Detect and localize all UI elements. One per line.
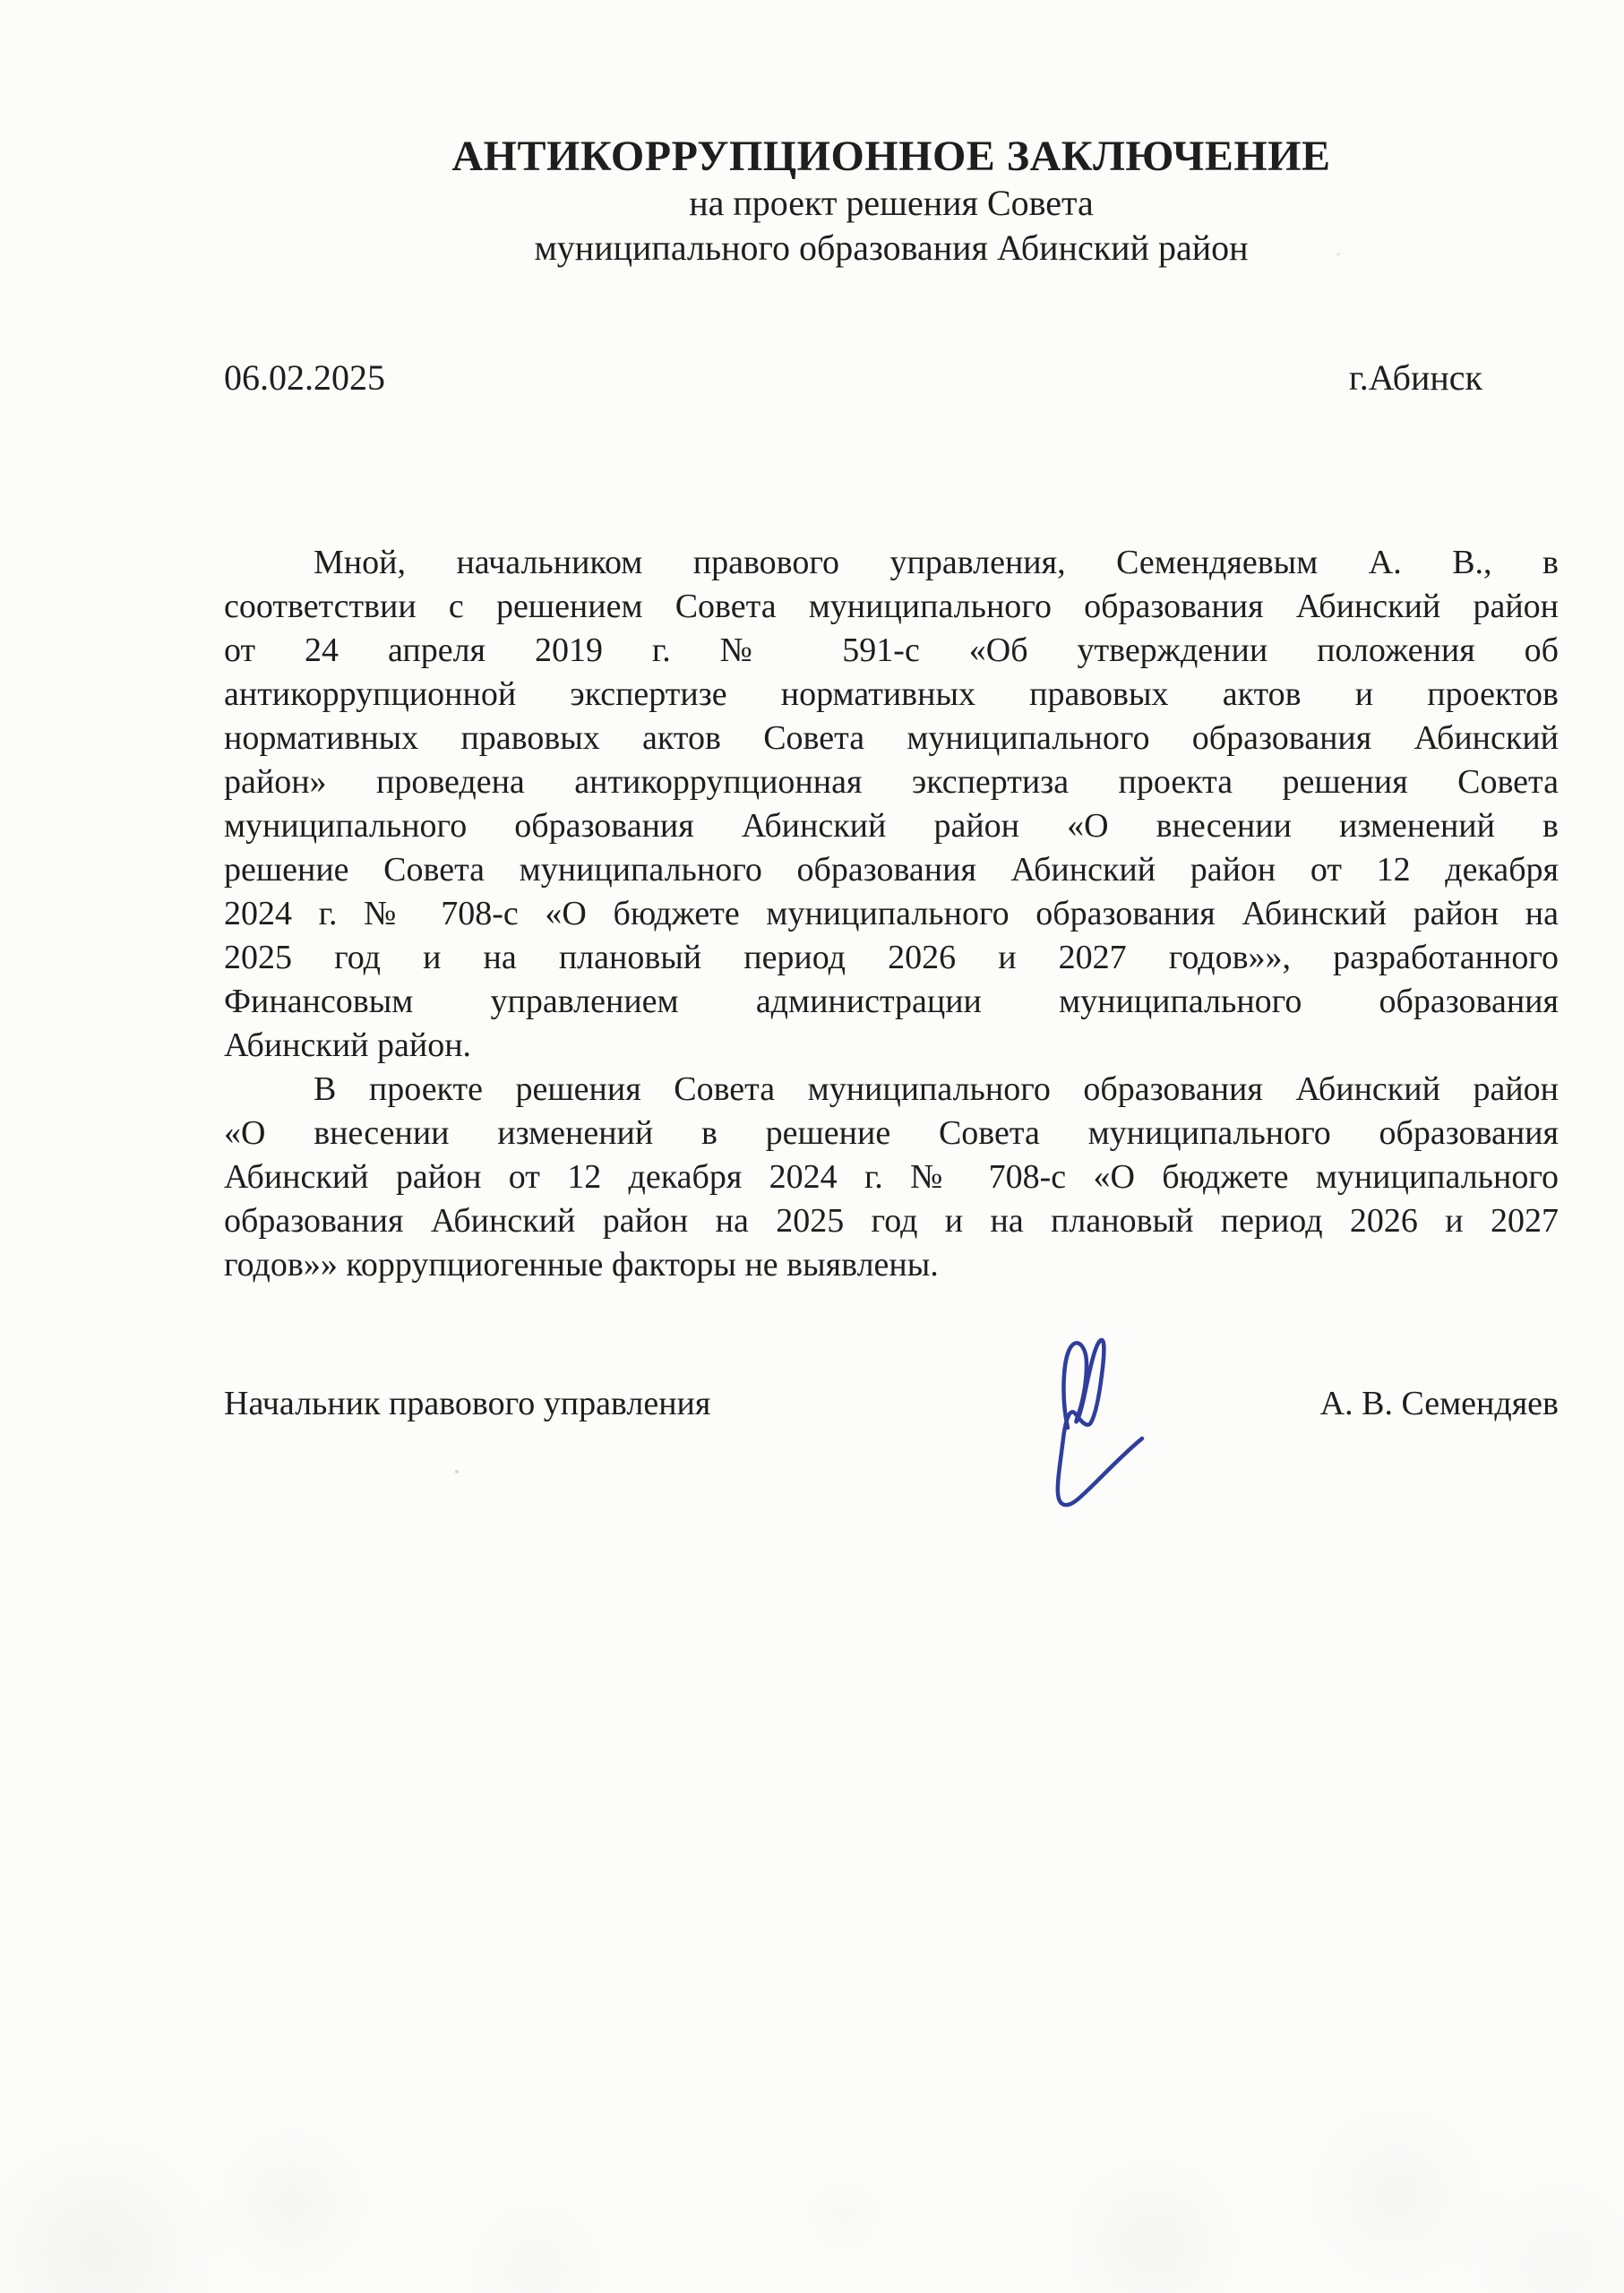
document-body: Мной, начальником правового управления, … bbox=[224, 541, 1559, 1287]
text-line: Финансовым управлением администрации мун… bbox=[224, 980, 1559, 1024]
document-date: 06.02.2025 bbox=[224, 356, 385, 399]
text-line: Мной, начальником правового управления, … bbox=[224, 541, 1559, 585]
document-subtitle-line2: муниципального образования Абинский райо… bbox=[224, 226, 1559, 271]
text-line: Абинский район от 12 декабря 2024 г. № 7… bbox=[224, 1155, 1559, 1199]
text-line: от 24 апреля 2019 г. № 591-с «Об утвержд… bbox=[224, 629, 1559, 673]
text-line: В проекте решения Совета муниципального … bbox=[224, 1068, 1559, 1112]
text-line: решение Совета муниципального образовани… bbox=[224, 848, 1559, 892]
scan-speck bbox=[455, 1470, 459, 1473]
text-line: Абинский район. bbox=[224, 1024, 1559, 1068]
signer-position-title: Начальник правового управления bbox=[224, 1384, 710, 1423]
document-title: АНТИКОРРУПЦИОННОЕ ЗАКЛЮЧЕНИЕ bbox=[224, 133, 1559, 181]
text-line: соответствии с решением Совета муниципал… bbox=[224, 585, 1559, 629]
signature-row: Начальник правового управления А. В. Сем… bbox=[224, 1384, 1559, 1423]
document-subtitle-line1: на проект решения Совета bbox=[224, 181, 1559, 226]
scan-speck bbox=[1336, 253, 1340, 256]
signature-ink-stroke bbox=[1058, 1340, 1142, 1505]
text-line: «О внесении изменений в решение Совета м… bbox=[224, 1112, 1559, 1155]
text-line: 2024 г. № 708-с «О бюджете муниципальног… bbox=[224, 892, 1559, 936]
text-line: образования Абинский район на 2025 год и… bbox=[224, 1199, 1559, 1243]
text-line: годов»» коррупциогенные факторы не выявл… bbox=[224, 1243, 1559, 1287]
document-place: г.Абинск bbox=[1349, 356, 1482, 399]
text-line: 2025 год и на плановый период 2026 и 202… bbox=[224, 936, 1559, 980]
handwritten-signature bbox=[1012, 1315, 1227, 1539]
date-place-row: 06.02.2025 г.Абинск bbox=[224, 356, 1559, 399]
paragraph: В проекте решения Совета муниципального … bbox=[224, 1068, 1559, 1287]
text-line: муниципального образования Абинский райо… bbox=[224, 804, 1559, 848]
text-line: район» проведена антикоррупционная экспе… bbox=[224, 760, 1559, 804]
text-line: антикоррупционной экспертизе нормативных… bbox=[224, 673, 1559, 717]
scanned-document-page: АНТИКОРРУПЦИОННОЕ ЗАКЛЮЧЕНИЕ на проект р… bbox=[0, 0, 1624, 2293]
document-heading: АНТИКОРРУПЦИОННОЕ ЗАКЛЮЧЕНИЕ на проект р… bbox=[224, 133, 1559, 271]
text-line: нормативных правовых актов Совета муници… bbox=[224, 717, 1559, 760]
paragraph: Мной, начальником правового управления, … bbox=[224, 541, 1559, 1068]
signer-name: А. В. Семендяев bbox=[1320, 1384, 1559, 1423]
